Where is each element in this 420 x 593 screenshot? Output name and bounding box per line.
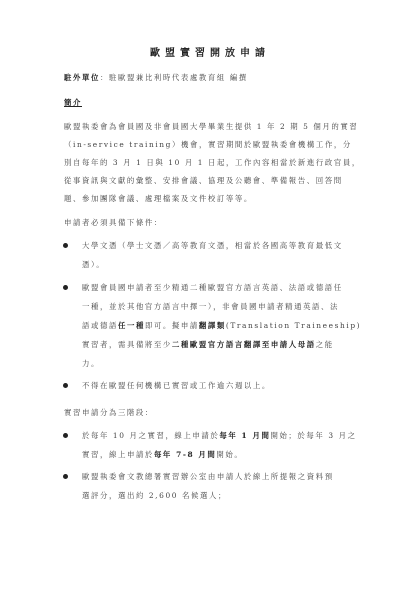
intro-line: 題、參加團隊會議、處理檔案及文件校訂等等。: [64, 193, 253, 204]
intro-line: 別自每年的 3 月 1 日與 10 月 1 日起，工作內容相當於新進行政官員，: [64, 157, 361, 168]
requirement-line: 實習者，需具備將至少二種歐盟官方語言翻譯至申請人母語之能: [82, 339, 334, 350]
bullet-icon: [63, 285, 68, 290]
requirement-line: 語或德語任一種即可。擬申請翻譯類(Translation Traineeship…: [82, 320, 361, 331]
requirement-line: 憑）。: [82, 259, 105, 270]
stage-line: 實習，線上申請於每年 7-8 月間開始。: [82, 449, 243, 460]
section-heading-intro: 簡介: [64, 97, 82, 108]
requirement-line: 一種，並於其他官方語言中擇一），非會員國申請者精通英語、法: [82, 301, 339, 312]
bullet-icon: [63, 474, 68, 479]
requirement-line: 大學文憑（學士文憑／高等教育文憑，相當於各國高等教育最低文: [82, 240, 343, 251]
requirement-line: 歐盟會員國申請者至少精通二種歐盟官方語言英語、法語或德語任: [82, 282, 343, 293]
requirement-line: 力。: [82, 358, 100, 369]
stage-line: 於每年 10 月之實習，線上申請於每年 1 月間開始；於每年 3 月之: [82, 430, 357, 441]
intro-line: 歐盟執委會為會員國及非會員國大學畢業生提供 1 年 2 期 5 個月的實習: [64, 121, 358, 132]
intro-line: （in-service training）機會，實習期間於歐盟執委會機構工作，分: [64, 139, 352, 150]
bullet-icon: [63, 243, 68, 248]
author-line: 駐外單位：駐歐盟兼比利時代表處教育組 編撰: [64, 72, 248, 83]
intro-line: 從事資訊與文獻的彙整、安排會議、協理及公聽會、準備報告、回答問: [64, 175, 343, 186]
stage-line: 歐盟執委會文教總署實習辦公室由申請人於線上所提報之資料預: [82, 471, 334, 482]
stages-heading: 實習申請分為三階段：: [64, 407, 154, 418]
document-title: 歐盟實習開放申請: [0, 44, 420, 59]
requirements-heading: 申請者必須具備下條件：: [64, 217, 163, 228]
document-page: 歐盟實習開放申請 駐外單位：駐歐盟兼比利時代表處教育組 編撰 簡介 歐盟執委會為…: [0, 0, 420, 593]
bullet-icon: [63, 433, 68, 438]
author-label: 駐外單位: [64, 73, 100, 82]
requirement-line: 不得在歐盟任何機構已實習或工作逾六週以上。: [82, 380, 271, 391]
bullet-icon: [63, 383, 68, 388]
author-value: ：駐歐盟兼比利時代表處教育組 編撰: [100, 73, 248, 82]
stage-line: 選評分，選出約 2,600 名候選人；: [82, 490, 227, 501]
